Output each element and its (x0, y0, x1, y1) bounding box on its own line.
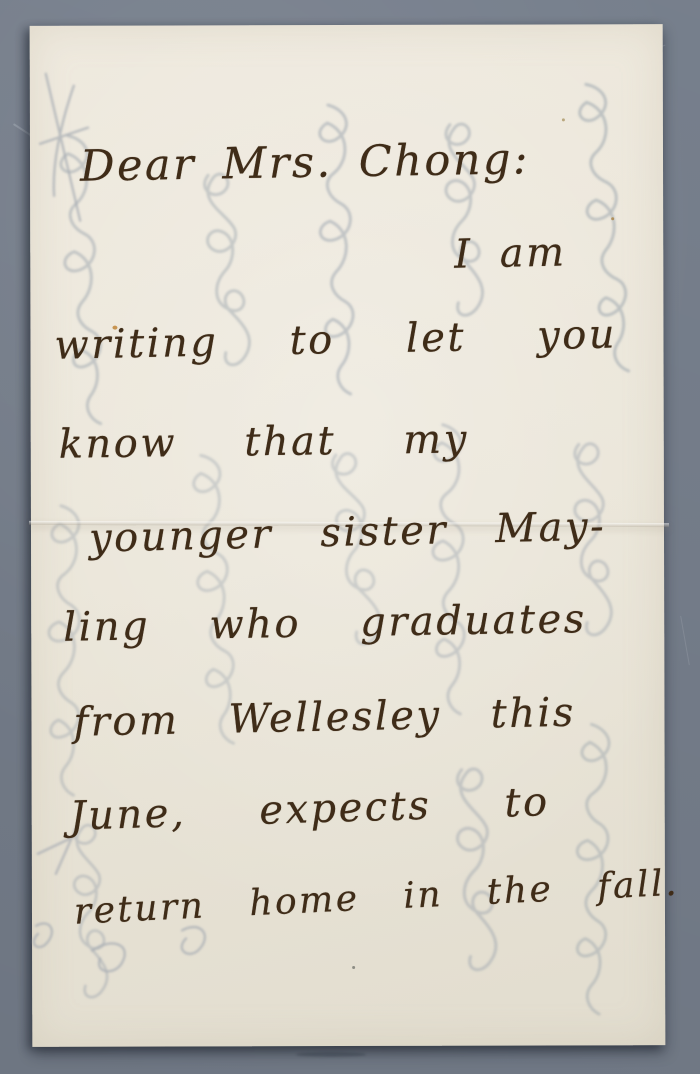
background-board: Dear Mrs. Chong: I am writing to let you… (0, 0, 700, 1074)
letter-line: ling who graduates (63, 599, 587, 648)
letter-line: younger sister May- (89, 506, 607, 558)
letter-line-salutation: Dear Mrs. Chong: (80, 138, 531, 188)
paper-speck (112, 326, 117, 330)
scratch-mark (680, 616, 690, 665)
letter-line: know that my (58, 419, 469, 464)
letter-page: Dear Mrs. Chong: I am writing to let you… (30, 24, 666, 1047)
letter-line: writing to let you (54, 314, 617, 365)
smudge-mark (296, 1052, 366, 1057)
paper-speck (611, 217, 614, 220)
letter-line: from Wellesley this (73, 693, 576, 743)
paper-speck (562, 118, 565, 121)
paper-speck (352, 966, 355, 969)
letter-line: I am (454, 232, 567, 274)
